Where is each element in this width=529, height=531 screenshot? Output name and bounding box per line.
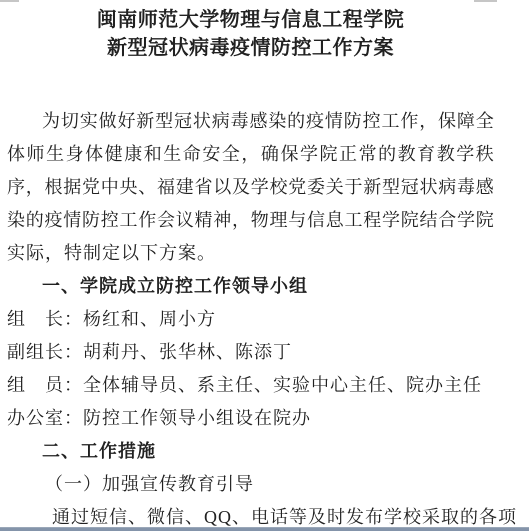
paragraph-line: 为切实做好新型冠状病毒感染的疫情防控工作，保障全	[7, 105, 494, 138]
title-line-1: 闽南师范大学物理与信息工程学院	[7, 6, 494, 34]
leader-line: 组 员：全体辅导员、系主任、实验中心主任、院办主任	[7, 369, 494, 402]
document-title: 闽南师范大学物理与信息工程学院 新型冠状病毒疫情防控工作方案	[7, 6, 494, 62]
page-edge-mark-right	[474, 0, 497, 2]
paragraph-line: 染的疫情防控工作会议精神，物理与信息工程学院结合学院	[7, 204, 494, 237]
subsection-heading: （一）加强宣传教育引导	[7, 468, 494, 501]
leader-line: 组 长：杨红和、周小方	[7, 303, 494, 336]
document-body: 为切实做好新型冠状病毒感染的疫情防控工作，保障全 体师生身体健康和生命安全，确保…	[7, 105, 494, 531]
bottom-window-edge	[0, 527, 529, 531]
paragraph-line: 体师生身体健康和生命安全，确保学院正常的教育教学秩	[7, 138, 494, 171]
document-page: 闽南师范大学物理与信息工程学院 新型冠状病毒疫情防控工作方案 为切实做好新型冠状…	[0, 0, 529, 531]
title-line-2: 新型冠状病毒疫情防控工作方案	[7, 34, 494, 62]
section-heading-1: 一、学院成立防控工作领导小组	[7, 270, 494, 303]
page-edge-mark-left	[0, 0, 19, 2]
leader-line: 办公室：防控工作领导小组设在院办	[7, 402, 494, 435]
paragraph-line: 实际，特制定以下方案。	[7, 237, 494, 270]
paragraph-line: 序，根据党中央、福建省以及学校党委关于新型冠状病毒感	[7, 171, 494, 204]
leader-line: 副组长：胡莉丹、张华林、陈添丁	[7, 336, 494, 369]
section-heading-2: 二、工作措施	[7, 435, 494, 468]
